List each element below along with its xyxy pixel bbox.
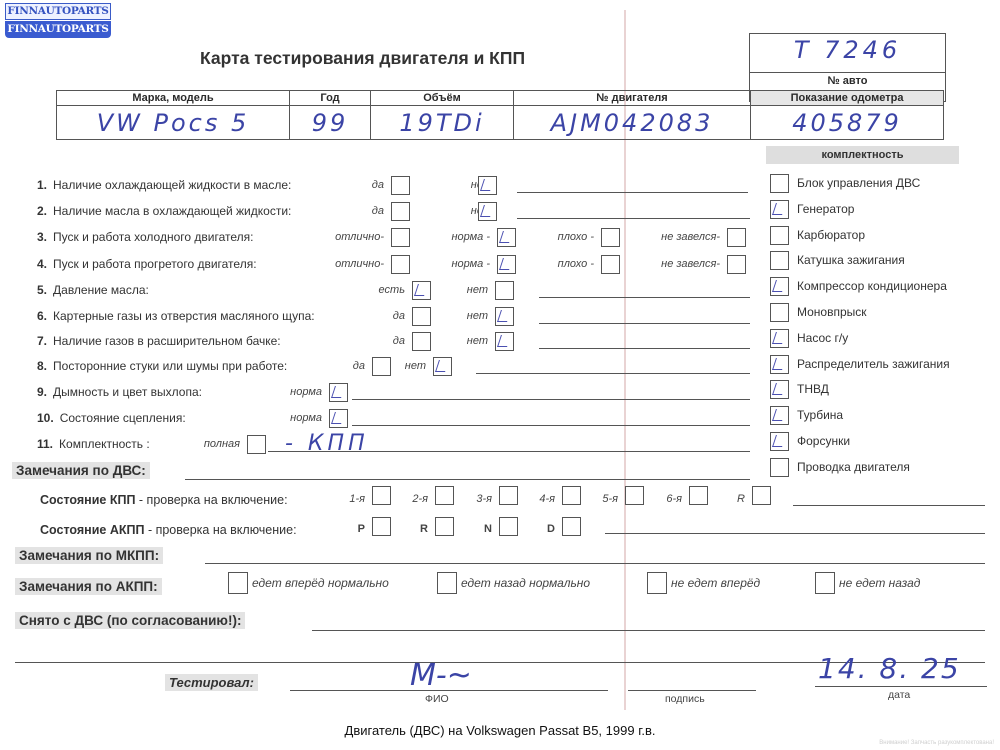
- mkpp-remarks-label: Замечания по МКПП:: [15, 547, 163, 564]
- option-checkbox[interactable]: [495, 307, 514, 326]
- option-checkbox[interactable]: [478, 202, 497, 221]
- akpp-remarks-label: Замечания по АКПП:: [15, 578, 162, 595]
- gear-label: 1-я: [349, 493, 365, 505]
- akpp-option-label: не едет назад: [839, 576, 920, 590]
- kit-checkbox[interactable]: [770, 406, 789, 425]
- gear-checkbox[interactable]: [499, 486, 518, 505]
- option-label: нет: [467, 310, 488, 322]
- kit-checkbox[interactable]: [770, 380, 789, 399]
- option-label: норма: [290, 386, 322, 398]
- gear-label: P: [358, 523, 365, 535]
- kit-item-label: Форсунки: [797, 434, 850, 448]
- gear-checkbox[interactable]: [435, 486, 454, 505]
- option-label: да: [393, 310, 405, 322]
- option-label: да: [353, 360, 365, 372]
- option-checkbox[interactable]: [412, 307, 431, 326]
- option-label: да: [393, 335, 405, 347]
- question-number: 7.: [37, 334, 47, 348]
- akpp-checkbox[interactable]: [815, 572, 835, 594]
- kit-item-label: Турбина: [797, 408, 843, 422]
- gear-checkbox[interactable]: [372, 517, 391, 536]
- kit-checkbox[interactable]: [770, 200, 789, 219]
- question-text: 4.Пуск и работа прогретого двигателя:: [37, 257, 257, 271]
- gear-label: 4-я: [539, 493, 555, 505]
- option-label: норма: [290, 412, 322, 424]
- question-text: 8.Посторонние стуки или шумы при работе:: [37, 359, 287, 373]
- option-checkbox[interactable]: [601, 228, 620, 247]
- option-checkbox[interactable]: [391, 176, 410, 195]
- option-label: норма -: [451, 231, 490, 243]
- brand-logo: FINNAUTOPARTS FINNAUTOPARTS: [3, 2, 111, 38]
- option-label: не завелся-: [661, 231, 720, 243]
- document-title: Карта тестирования двигателя и КПП: [200, 48, 525, 69]
- name-caption: ФИО: [425, 693, 449, 705]
- volume-value: 19TDi: [371, 106, 514, 140]
- auto-gearbox-subtitle: - проверка на включение:: [144, 523, 296, 537]
- question-label: Наличие газов в расширительном бачке:: [53, 334, 281, 348]
- akpp-checkbox[interactable]: [437, 572, 457, 594]
- col-make-model: Марка, модель: [57, 91, 290, 106]
- gear-checkbox[interactable]: [752, 486, 771, 505]
- date-caption: дата: [888, 689, 910, 701]
- question-label: Давление масла:: [53, 283, 149, 297]
- question-label: Пуск и работа прогретого двигателя:: [53, 257, 257, 271]
- gear-checkbox[interactable]: [689, 486, 708, 505]
- question-label: Дымность и цвет выхлопа:: [53, 385, 202, 399]
- akpp-option-label: не едет вперёд: [671, 576, 760, 590]
- kit-item-label: Катушка зажигания: [797, 253, 905, 267]
- gear-checkbox[interactable]: [625, 486, 644, 505]
- question-number: 10.: [37, 411, 54, 425]
- question-number: 2.: [37, 204, 47, 218]
- gear-checkbox[interactable]: [372, 486, 391, 505]
- engine-number-value: AJM042083: [514, 106, 751, 140]
- option-checkbox[interactable]: [497, 255, 516, 274]
- kit-checkbox[interactable]: [770, 174, 789, 193]
- remark-line[interactable]: [476, 373, 750, 374]
- option-label: нет: [405, 360, 426, 372]
- date-value: 14. 8. 25: [818, 652, 961, 685]
- tester-name-line[interactable]: [290, 690, 608, 691]
- kit-item-label: ТНВД: [797, 382, 829, 396]
- question-number: 11.: [37, 437, 53, 451]
- option-label: да: [372, 179, 384, 191]
- option-checkbox[interactable]: [391, 255, 410, 274]
- option-checkbox[interactable]: [329, 409, 348, 428]
- manual-gearbox-label: Состояние КПП - проверка на включение:: [40, 493, 288, 507]
- question-text: 9.Дымность и цвет выхлопа:: [37, 385, 202, 399]
- removed-parts-line[interactable]: [312, 630, 985, 631]
- remark-line[interactable]: [539, 297, 750, 298]
- tested-by-label: Тестировал:: [165, 674, 258, 691]
- question-text: 7.Наличие газов в расширительном бачке:: [37, 334, 281, 348]
- kit-checkbox[interactable]: [770, 355, 789, 374]
- gear-label: 3-я: [476, 493, 492, 505]
- manual-gearbox-line[interactable]: [793, 505, 985, 506]
- auto-gearbox-label: Состояние АКПП - проверка на включение:: [40, 523, 297, 537]
- kit-checkbox[interactable]: [770, 432, 789, 451]
- kit-checkbox[interactable]: [770, 458, 789, 477]
- question-number: 4.: [37, 257, 47, 271]
- option-label: норма -: [451, 258, 490, 270]
- remark-line[interactable]: [517, 218, 750, 219]
- option-label: плохо -: [558, 258, 594, 270]
- option-label: нет: [467, 335, 488, 347]
- question-label: Состояние сцепления:: [60, 411, 186, 425]
- akpp-checkbox[interactable]: [228, 572, 248, 594]
- remark-line[interactable]: [517, 192, 748, 193]
- date-line[interactable]: [815, 686, 987, 687]
- kit-checkbox[interactable]: [770, 226, 789, 245]
- kit-item-label: Генератор: [797, 202, 854, 216]
- gear-checkbox[interactable]: [562, 486, 581, 505]
- option-label: полная: [204, 438, 240, 450]
- option-label: плохо -: [558, 231, 594, 243]
- gear-label: R: [420, 523, 428, 535]
- akpp-option-label: едет вперёд нормально: [252, 576, 389, 590]
- signature-line[interactable]: [628, 690, 756, 691]
- kit-checkbox[interactable]: [770, 277, 789, 296]
- option-label: есть: [379, 284, 405, 296]
- option-label: да: [372, 205, 384, 217]
- akpp-checkbox[interactable]: [647, 572, 667, 594]
- auto-gearbox-title: Состояние АКПП: [40, 523, 144, 537]
- option-checkbox[interactable]: [601, 255, 620, 274]
- option-checkbox[interactable]: [329, 383, 348, 402]
- question-text: 5.Давление масла:: [37, 283, 149, 297]
- tester-name-value: M-~: [410, 658, 472, 693]
- question-number: 6.: [37, 309, 47, 323]
- make-model-value: VW Pocs 5: [57, 106, 290, 140]
- gear-label: 2-я: [412, 493, 428, 505]
- question-label: Картерные газы из отверстия масляного щу…: [53, 309, 315, 323]
- col-engine-number: № двигателя: [514, 91, 751, 106]
- gear-checkbox[interactable]: [435, 517, 454, 536]
- vehicle-info-table: Марка, модель Год Объём № двигателя Пока…: [56, 90, 944, 140]
- question-label: Пуск и работа холодного двигателя:: [53, 230, 253, 244]
- gear-label: R: [737, 493, 745, 505]
- kit-item-label: Проводка двигателя: [797, 460, 910, 474]
- option-checkbox[interactable]: [727, 228, 746, 247]
- odometer-value: 405879: [751, 106, 944, 140]
- kit-item-label: Компрессор кондиционера: [797, 279, 947, 293]
- auto-gearbox-line[interactable]: [605, 533, 985, 534]
- question-number: 3.: [37, 230, 47, 244]
- question-text: 10.Состояние сцепления:: [37, 411, 186, 425]
- option-checkbox[interactable]: [727, 255, 746, 274]
- akpp-option-label: едет назад нормально: [461, 576, 590, 590]
- kit-item-label: Распределитель зажигания: [797, 357, 950, 371]
- completeness-note: - КПП: [285, 431, 369, 456]
- remark-line[interactable]: [539, 323, 750, 324]
- option-label: отлично-: [335, 258, 384, 270]
- kit-checkbox[interactable]: [770, 303, 789, 322]
- remark-line[interactable]: [352, 399, 750, 400]
- kit-checkbox[interactable]: [770, 251, 789, 270]
- kit-item-label: Блок управления ДВС: [797, 176, 920, 190]
- option-checkbox[interactable]: [412, 281, 431, 300]
- col-year: Год: [290, 91, 371, 106]
- question-label: Наличие масла в охлаждающей жидкости:: [53, 204, 291, 218]
- kit-checkbox[interactable]: [770, 329, 789, 348]
- kit-heading: комплектность: [766, 146, 959, 164]
- gear-label: D: [547, 523, 555, 535]
- remark-line[interactable]: [539, 348, 750, 349]
- option-checkbox[interactable]: [391, 202, 410, 221]
- question-text: 2.Наличие масла в охлаждающей жидкости:: [37, 204, 291, 218]
- gear-label: N: [484, 523, 492, 535]
- option-checkbox[interactable]: [412, 332, 431, 351]
- option-checkbox[interactable]: [495, 332, 514, 351]
- car-number-label: № авто: [750, 72, 945, 88]
- kit-item-label: Моновпрыск: [797, 305, 867, 319]
- kit-item-label: Карбюратор: [797, 228, 865, 242]
- question-label: Посторонние стуки или шумы при работе:: [53, 359, 287, 373]
- gear-label: 5-я: [602, 493, 618, 505]
- logo-line-2: FINNAUTOPARTS: [5, 21, 111, 38]
- removed-parts-label: Снято с ДВС (по согласованию!):: [15, 612, 245, 629]
- option-label: отлично-: [335, 231, 384, 243]
- option-label: не завелся-: [661, 258, 720, 270]
- option-checkbox[interactable]: [391, 228, 410, 247]
- image-caption: Двигатель (ДВС) на Volkswagen Passat B5,…: [0, 723, 1000, 738]
- remark-line[interactable]: [352, 425, 750, 426]
- question-text: 11.Комплектность :: [37, 437, 150, 451]
- question-label: Наличие охлаждающей жидкости в масле:: [53, 178, 291, 192]
- gear-checkbox[interactable]: [562, 517, 581, 536]
- question-label: Комплектность :: [59, 437, 150, 451]
- col-odometer: Показание одометра: [751, 91, 944, 106]
- watermark: Внимание! Запчасть разукомплектована!: [879, 740, 994, 746]
- question-number: 5.: [37, 283, 47, 297]
- engine-remarks-label: Замечания по ДВС:: [12, 462, 150, 479]
- option-checkbox[interactable]: [478, 176, 497, 195]
- col-volume: Объём: [371, 91, 514, 106]
- option-checkbox[interactable]: [433, 357, 452, 376]
- option-checkbox[interactable]: [372, 357, 391, 376]
- option-checkbox[interactable]: [495, 281, 514, 300]
- logo-line-1: FINNAUTOPARTS: [5, 3, 111, 20]
- year-value: 99: [290, 106, 371, 140]
- gear-checkbox[interactable]: [499, 517, 518, 536]
- engine-remarks-line[interactable]: [185, 479, 750, 480]
- option-checkbox[interactable]: [247, 435, 266, 454]
- question-text: 6.Картерные газы из отверстия масляного …: [37, 309, 315, 323]
- gear-label: 6-я: [666, 493, 682, 505]
- question-number: 8.: [37, 359, 47, 373]
- car-number-value: T 7246: [750, 36, 945, 72]
- question-number: 9.: [37, 385, 47, 399]
- manual-gearbox-title: Состояние КПП: [40, 493, 135, 507]
- mkpp-remarks-line[interactable]: [205, 563, 985, 564]
- kit-item-label: Насос г/у: [797, 331, 848, 345]
- option-checkbox[interactable]: [497, 228, 516, 247]
- question-text: 3.Пуск и работа холодного двигателя:: [37, 230, 253, 244]
- manual-gearbox-subtitle: - проверка на включение:: [135, 493, 287, 507]
- option-label: нет: [467, 284, 488, 296]
- question-text: 1.Наличие охлаждающей жидкости в масле:: [37, 178, 291, 192]
- signature-caption: подпись: [665, 693, 705, 705]
- question-number: 1.: [37, 178, 47, 192]
